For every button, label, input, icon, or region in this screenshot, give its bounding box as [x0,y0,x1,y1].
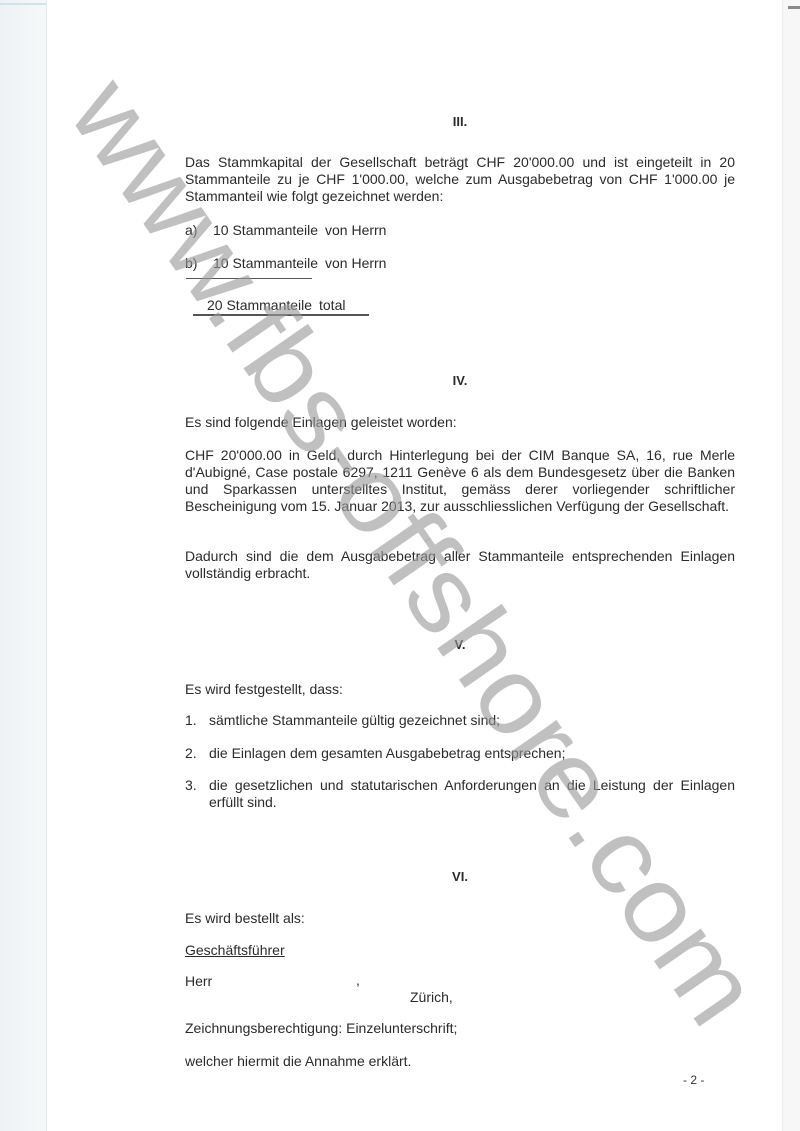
finding-number: 3. [185,777,209,811]
subscription-shares: 10 Stammanteile [213,255,325,272]
section-iv-deposit: CHF 20'000.00 in Geld, durch Hinterlegun… [185,447,735,515]
section-iii-heading: III. [185,113,735,130]
subscription-holder: von Herrn [325,255,386,271]
role-title: Geschäftsführer [185,942,735,959]
subtotal-divider [186,278,312,279]
subscription-b: b)10 Stammanteilevon Herrn [185,255,386,272]
finding-text: die gesetzlichen und statutarischen Anfo… [209,777,735,811]
appointee-comma: , [356,972,360,989]
acceptance-statement: welcher hiermit die Annahme erklärt. [185,1053,411,1070]
finding-number: 2. [185,745,209,762]
signing-authority: Zeichnungsberechtigung: Einzelunterschri… [185,1020,457,1037]
finding-text: die Einlagen dem gesamten Ausgabebetrag … [209,745,565,761]
subscription-label: a) [185,222,213,239]
section-iv-heading: IV. [185,372,735,389]
section-iv-conclusion: Dadurch sind die dem Ausgabebetrag aller… [185,548,735,582]
appointee-name: Herr [185,973,212,990]
section-v-heading: V. [185,636,735,653]
appointee-city: Zürich, [410,989,453,1006]
deposit-text: CHF 20'000.00 in Geld, durch Hinterlegun… [185,447,735,515]
scan-left-margin [0,0,47,1131]
total-underline [193,314,369,316]
subscription-a: a)10 Stammanteilevon Herrn [185,222,386,239]
finding-item-3: 3.die gesetzlichen und statutarischen An… [185,777,735,811]
section-v-intro: Es wird festgestellt, dass: [185,681,735,698]
finding-item-1: 1.sämtliche Stammanteile gültig gezeichn… [185,712,500,729]
section-vi-intro: Es wird bestellt als: [185,910,735,927]
subscription-total: 20 Stammanteiletotal [207,297,345,314]
subscription-label: b) [185,255,213,272]
conclusion-text: Dadurch sind die dem Ausgabebetrag aller… [185,548,735,582]
subscription-holder: von Herrn [325,222,386,238]
section-vi-heading: VI. [185,868,735,885]
page-number: - 2 - [683,1073,704,1087]
section-iv-intro: Es sind folgende Einlagen geleistet word… [185,414,735,431]
section-iii-intro-text: Das Stammkapital der Gesellschaft beträg… [185,154,735,205]
section-iii-intro: Das Stammkapital der Gesellschaft beträg… [185,154,735,205]
scan-right-margin [782,0,800,1131]
finding-item-2: 2.die Einlagen dem gesamten Ausgabebetra… [185,745,565,762]
finding-text: sämtliche Stammanteile gültig gezeichnet… [209,712,500,728]
total-label: total [319,297,345,313]
finding-number: 1. [185,712,209,729]
total-shares: 20 Stammanteile [207,297,319,314]
subscription-shares: 10 Stammanteile [213,222,325,239]
